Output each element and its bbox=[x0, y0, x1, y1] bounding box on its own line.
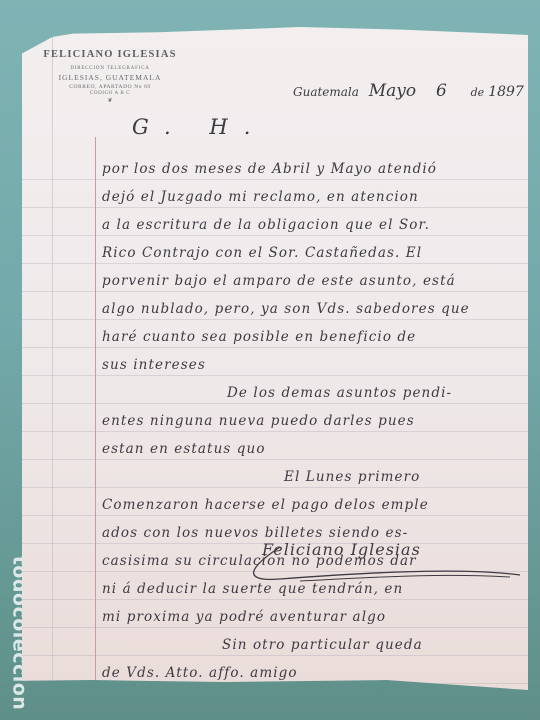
letterhead: FELICIANO IGLESIAS DIRECCION TELEGRAFICA… bbox=[40, 49, 180, 104]
margin-rule bbox=[95, 137, 96, 690]
dateline: Guatemala Mayo 6 de1897 bbox=[293, 81, 524, 101]
letter-sheet: FELICIANO IGLESIAS DIRECCION TELEGRAFICA… bbox=[22, 27, 528, 690]
letterhead-mail: CORREO, APARTADO No 69 bbox=[40, 84, 180, 90]
body-line: De los demas asuntos pendi- bbox=[102, 379, 520, 407]
letterhead-address: IGLESIAS, GUATEMALA bbox=[40, 73, 180, 82]
date-year-prefix: de bbox=[471, 86, 485, 99]
date-month: Mayo bbox=[369, 81, 416, 101]
ornament-icon: ❦ bbox=[40, 97, 180, 104]
date-year: 1897 bbox=[488, 84, 524, 100]
letterhead-telegraph: DIRECCION TELEGRAFICA bbox=[40, 66, 180, 71]
body-line: a la escritura de la obligacion que el S… bbox=[102, 211, 520, 239]
body-line: dejó el Juzgado mi reclamo, en atencion bbox=[102, 183, 520, 211]
body-line: El Lunes primero bbox=[102, 463, 520, 491]
body-line: estan en estatus quo bbox=[102, 435, 520, 463]
body-line: sus intereses bbox=[102, 351, 520, 379]
body-line: entes ninguna nueva puedo darles pues bbox=[102, 407, 520, 435]
date-year-group: de1897 bbox=[471, 86, 524, 99]
letterhead-name: FELICIANO IGLESIAS bbox=[40, 49, 180, 60]
letter-body: por los dos meses de Abril y Mayo atendi… bbox=[102, 155, 520, 687]
date-day: 6 bbox=[436, 81, 447, 101]
fold-line bbox=[52, 27, 53, 690]
body-line: haré cuanto sea posible en beneficio de bbox=[102, 323, 520, 351]
date-place: Guatemala bbox=[293, 85, 359, 99]
body-line: porvenir bajo el amparo de este asunto, … bbox=[102, 267, 520, 295]
body-line: Sin otro particular queda bbox=[102, 631, 520, 659]
letterhead-code: CODIGO A B C bbox=[40, 91, 180, 96]
signature: Feliciano Iglesias bbox=[262, 540, 421, 559]
body-line: Comenzaron hacerse el pago delos emple bbox=[102, 491, 520, 519]
body-line: mi proxima ya podré aventurar algo bbox=[102, 603, 520, 631]
body-line: algo nublado, pero, ya son Vds. sabedore… bbox=[102, 295, 520, 323]
salutation: G. H. bbox=[132, 115, 266, 139]
body-line: por los dos meses de Abril y Mayo atendi… bbox=[102, 155, 520, 183]
body-line: Rico Contrajo con el Sor. Castañedas. El bbox=[102, 239, 520, 267]
body-line: de Vds. Atto. affo. amigo bbox=[102, 659, 520, 687]
